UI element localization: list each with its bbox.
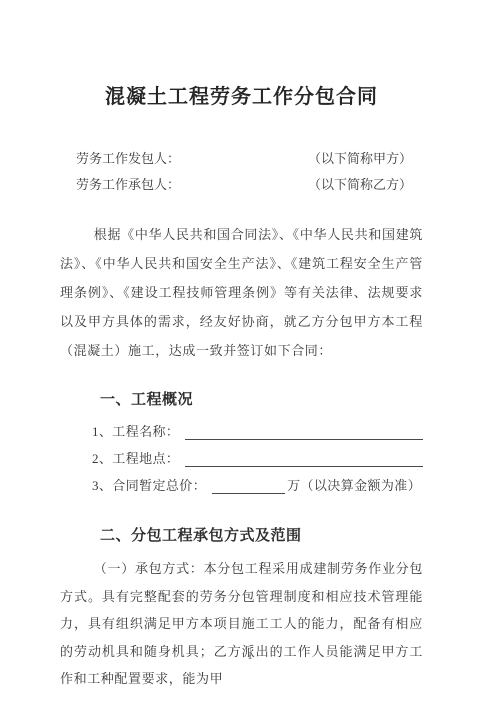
contract-price-suffix: 万（以决算金额为准） <box>287 472 421 499</box>
project-location-label: 2、工程地点： <box>92 445 179 472</box>
document-title: 混凝土工程劳务工作分包合同 <box>60 0 423 110</box>
contract-price-label: 3、合同暂定总价： <box>92 472 206 499</box>
party-row-contractor: 劳务工作承包人：（以下简称乙方） <box>76 172 423 198</box>
item-project-location: 2、工程地点： <box>92 445 423 472</box>
section1-heading: 一、工程概况 <box>100 391 423 409</box>
contractor-label: 劳务工作承包人： <box>76 172 308 198</box>
contract-document-page: 混凝土工程劳务工作分包合同 劳务工作发包人：（以下简称甲方） 劳务工作承包人：（… <box>0 0 500 707</box>
employer-label: 劳务工作发包人： <box>76 146 308 172</box>
project-name-blank-field <box>185 424 423 440</box>
section2-body-paragraph: （一）承包方式：本分包工程采用成建制劳务作业分包方式。具有完整配套的劳务分包管理… <box>60 555 423 693</box>
preamble-paragraph: 根据《中华人民共和国合同法》、《中华人民共和国建筑法》、《中华人民共和国安全生产… <box>60 220 423 365</box>
employer-alias-note: （以下简称甲方） <box>308 146 412 172</box>
section2-heading: 二、分包工程承包方式及范围 <box>100 527 423 545</box>
party-row-employer: 劳务工作发包人：（以下简称甲方） <box>76 146 423 172</box>
project-name-label: 1、工程名称： <box>92 418 179 445</box>
contractor-alias-note: （以下简称乙方） <box>308 172 412 198</box>
page-number: 1 <box>0 650 500 662</box>
item-contract-price: 3、合同暂定总价： 万（以决算金额为准） <box>92 472 423 499</box>
project-location-blank-field <box>185 451 423 467</box>
item-project-name: 1、工程名称： <box>92 418 423 445</box>
contract-price-blank-field <box>212 478 285 494</box>
